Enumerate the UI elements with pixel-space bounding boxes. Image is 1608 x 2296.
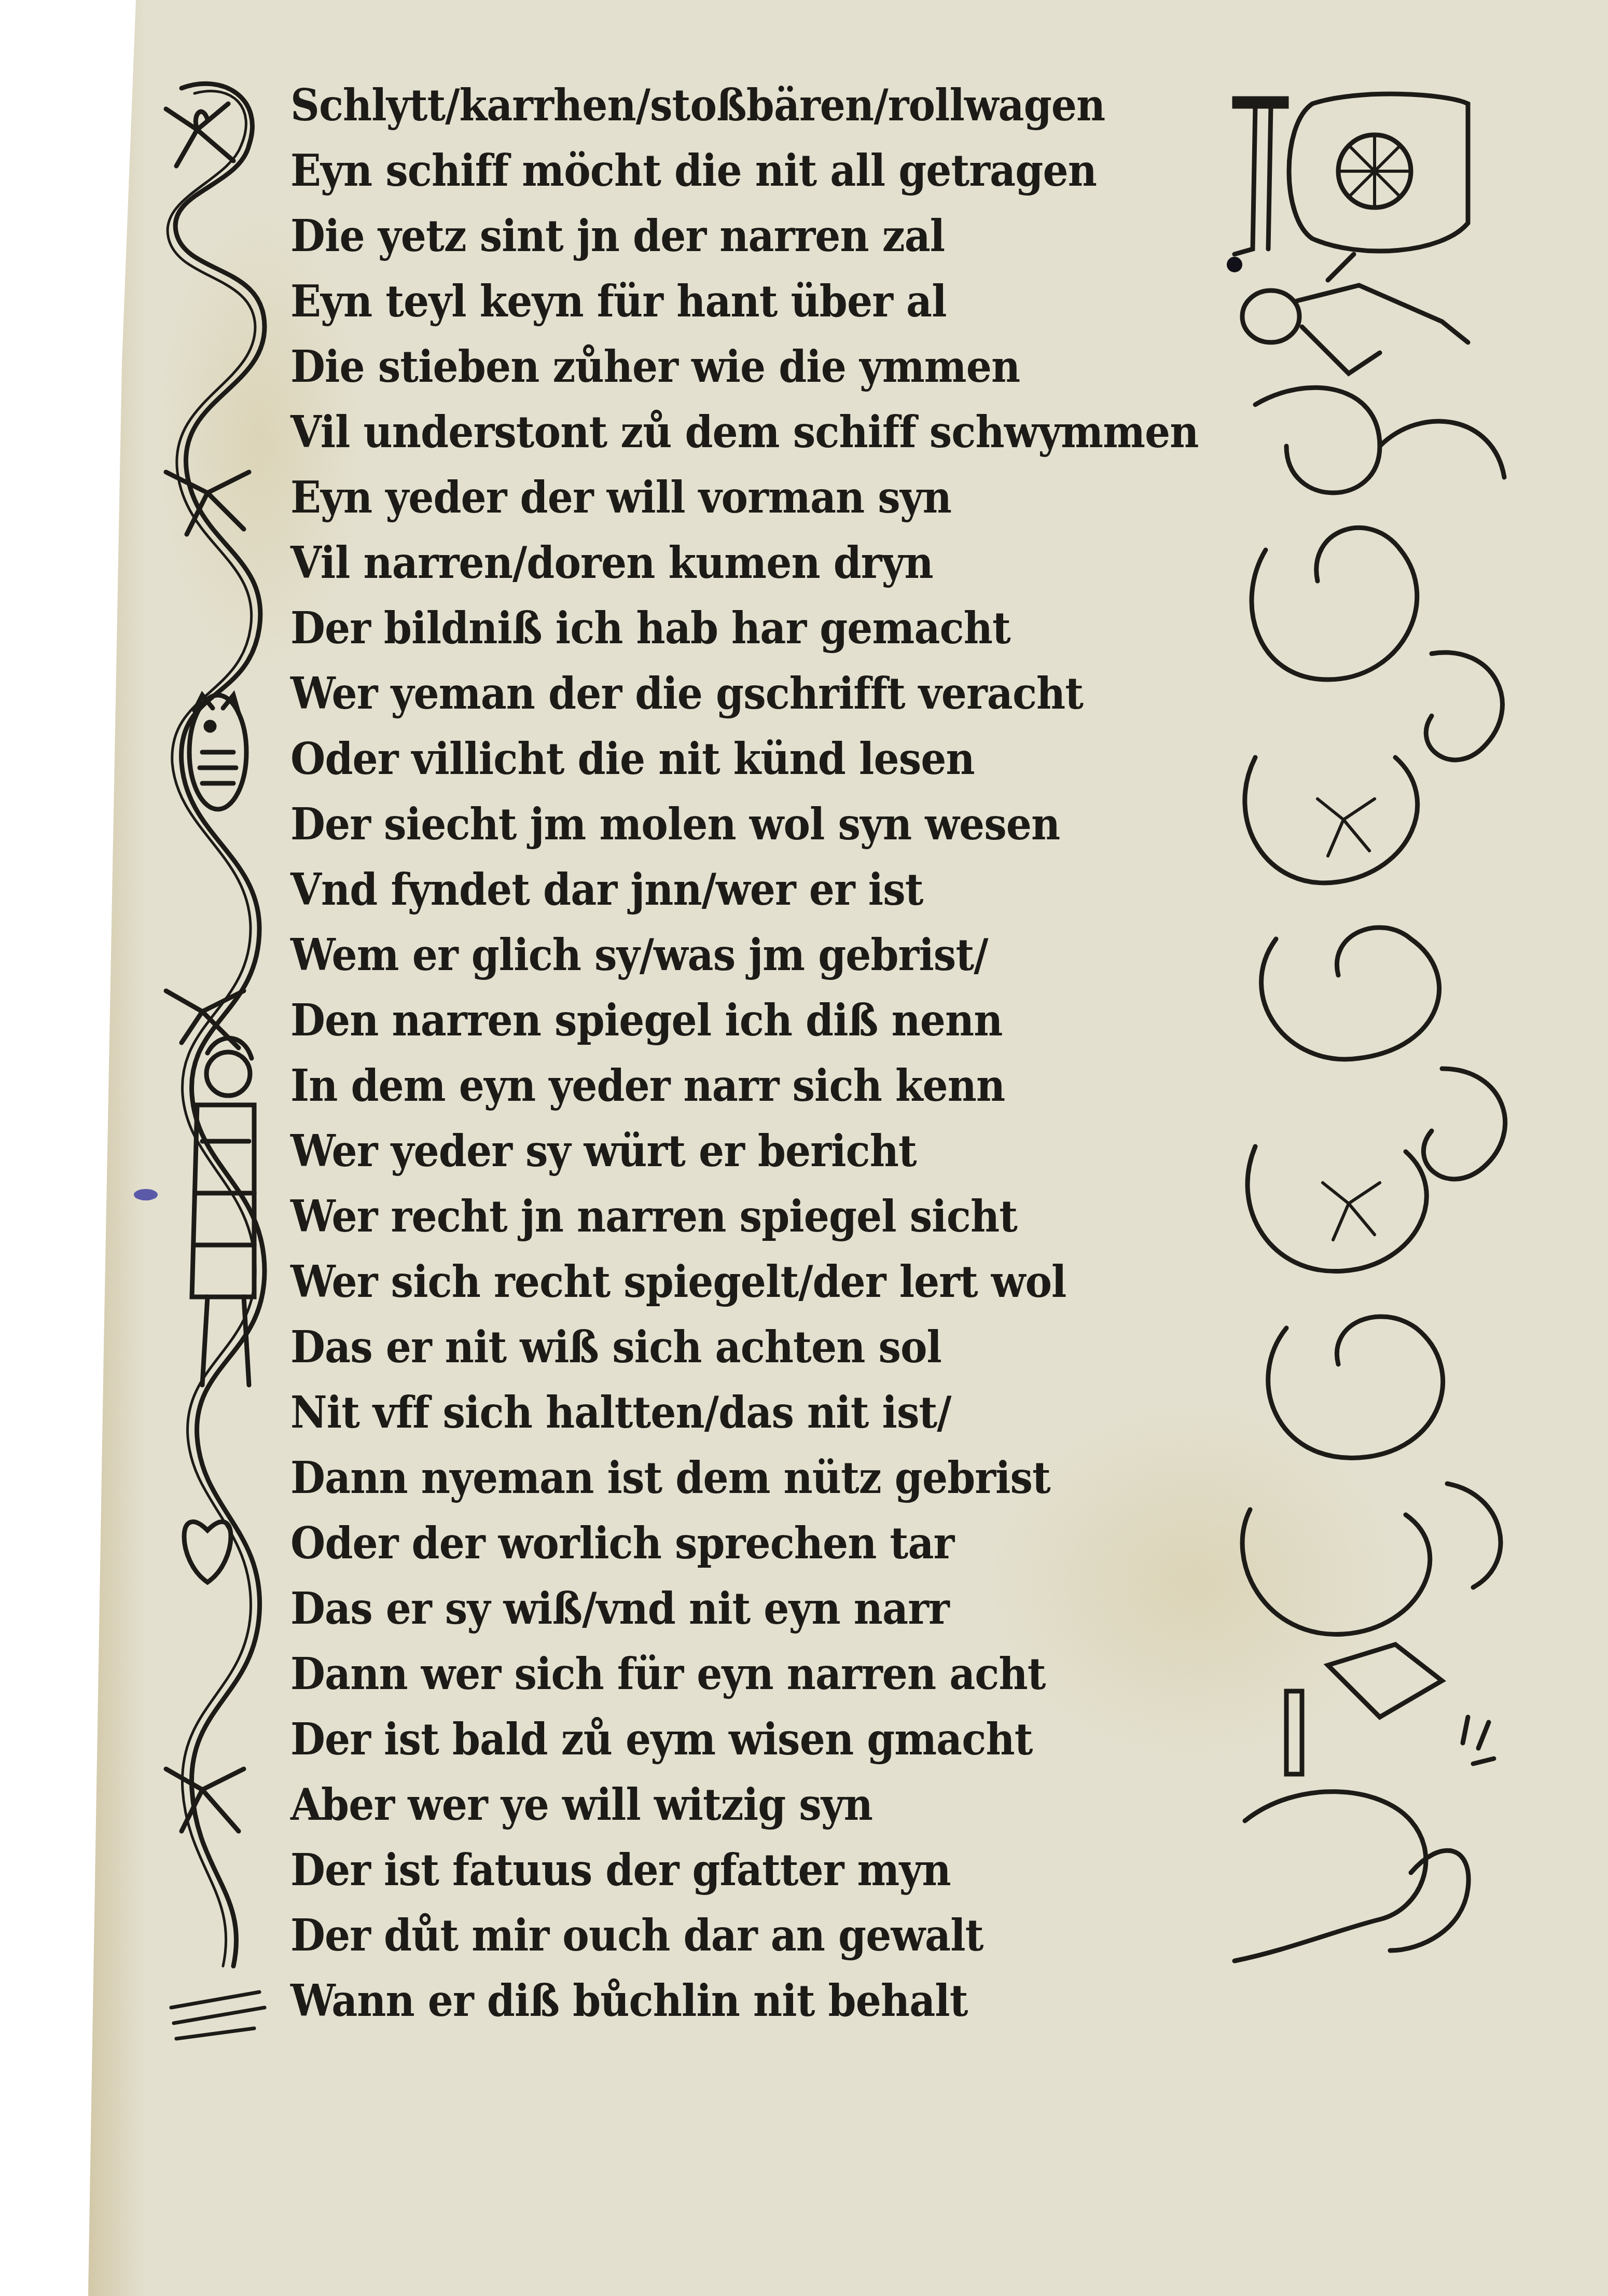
verse-line: Den narren spiegel ich diß nenn <box>290 988 1002 1053</box>
verse-line: Die yetz sint jn der narren zal <box>290 203 945 269</box>
ground-icon <box>171 1992 265 2039</box>
verse-line: Der siecht jm molen wol syn wesen <box>290 792 1060 857</box>
verse-line: Aber wer ye will witzig syn <box>290 1772 872 1837</box>
verse-line: Wann er diß bůchlin nit behalt <box>290 1968 968 2034</box>
verse-line: Vnd fyndet dar jnn/wer er ist <box>290 857 923 922</box>
verse-line: Eyn yeder der will vorman syn <box>290 465 951 530</box>
foliage-scroll-icon <box>1235 388 1505 1961</box>
black-ink-dot <box>1227 257 1242 272</box>
verse-line: Der ist bald zů eym wisen gmacht <box>290 1707 1032 1772</box>
right-woodcut-border <box>1224 83 1546 2044</box>
verse-line: Oder der worlich sprechen tar <box>290 1511 954 1576</box>
verse-line: Das er sy wiß/vnd nit eyn narr <box>290 1576 949 1641</box>
owl-icon <box>189 695 246 809</box>
verse-line: Vil narren/doren kumen dryn <box>290 530 933 596</box>
verse-line: Dann wer sich für eyn narren acht <box>290 1641 1046 1707</box>
verse-line: Dann nyeman ist dem nütz gebrist <box>290 1445 1050 1511</box>
lily-flower-icon <box>166 104 249 1831</box>
verse-line: Wem er glich sy/was jm gebrist/ <box>290 922 988 988</box>
verse-line: Der důt mir ouch dar an gewalt <box>290 1903 983 1968</box>
verse-line: Oder villicht die nit künd lesen <box>290 726 975 792</box>
verse-line: Wer yeder sy würt er bericht <box>290 1118 917 1184</box>
initial-letter-icon <box>1235 94 1468 254</box>
verse-line: Nit vff sich haltten/das nit ist/ <box>290 1380 951 1445</box>
verse-line: Der bildniß ich hab har gemacht <box>290 596 1010 661</box>
acrobat-figure-icon <box>1242 254 1468 374</box>
verse-line: Wer yeman der die gschrifft veracht <box>290 661 1083 726</box>
verse-line: Die stieben zůher wie die ymmen <box>290 334 1020 399</box>
verse-line: In dem eyn yeder narr sich kenn <box>290 1053 1005 1118</box>
verse-line: Vil understont zů dem schiff schwymmen <box>290 399 1199 465</box>
verse-line: Eyn teyl keyn für hant über al <box>290 269 947 334</box>
verse-line: Der ist fatuus der gfatter myn <box>290 1837 951 1903</box>
verse-line: Wer recht jn narren spiegel sicht <box>290 1184 1017 1249</box>
verse-line: Eyn schiff möcht die nit all getragen <box>290 138 1097 203</box>
left-woodcut-border <box>145 78 301 2065</box>
verse-line: Schlytt/karrhen/stoßbären/rollwagen <box>290 73 1105 138</box>
fool-figure-icon <box>192 1038 254 1385</box>
verse-line: Wer sich recht spiegelt/der lert wol <box>290 1249 1066 1315</box>
verse-line: Das er nit wiß sich achten sol <box>290 1315 941 1380</box>
purple-ink-dot <box>134 1189 158 1200</box>
page-edge <box>88 0 145 2296</box>
